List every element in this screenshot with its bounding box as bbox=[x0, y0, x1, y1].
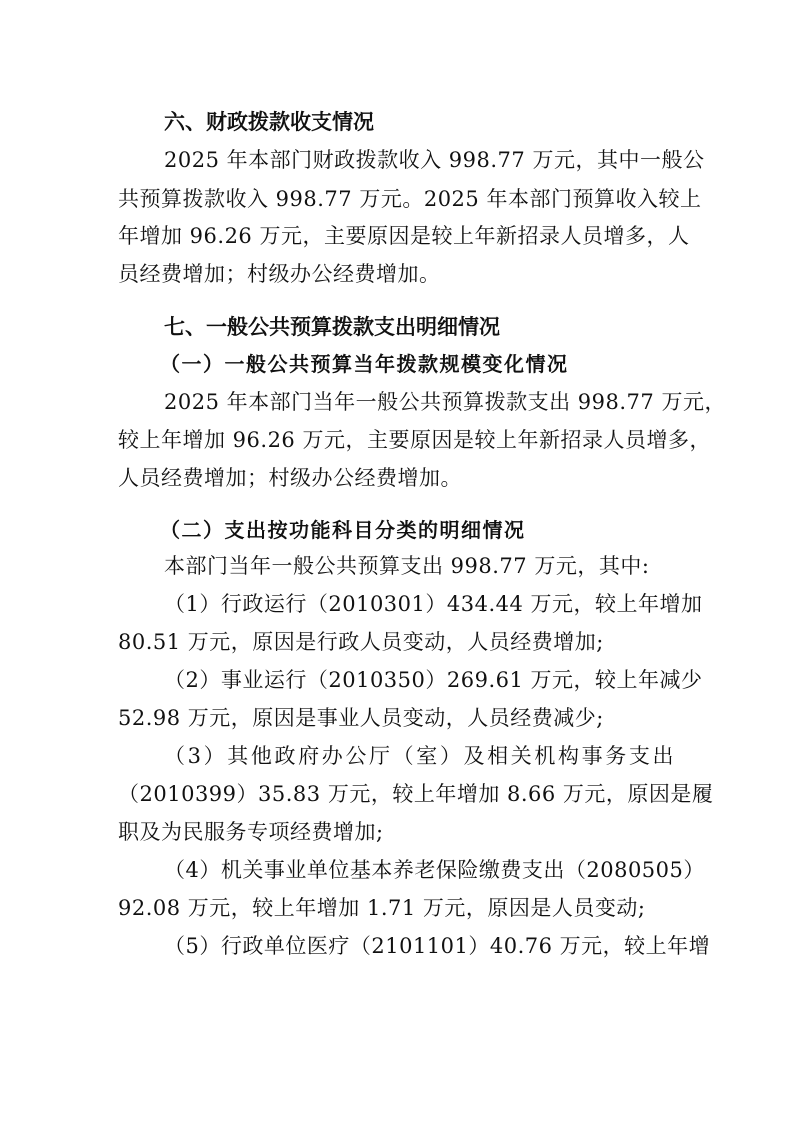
paragraph-line: 共预算拨款收入 998.77 万元。2025 年本部门预算收入较上 bbox=[118, 184, 674, 214]
item-3-line: （2010399）35.83 万元，较上年增加 8.66 万元，原因是履 bbox=[118, 779, 674, 809]
item-2-line: 52.98 万元，原因是事业人员变动，人员经费减少; bbox=[118, 703, 674, 733]
item-5-line: （5）行政单位医疗（2101101）40.76 万元，较上年增 bbox=[164, 931, 674, 961]
item-4-line: 92.08 万元，较上年增加 1.71 万元，原因是人员变动; bbox=[118, 893, 674, 923]
item-4-line: （4）机关事业单位基本养老保险缴费支出（2080505） bbox=[164, 855, 674, 885]
paragraph-line: 年增加 96.26 万元，主要原因是较上年新招录人员增多，人 bbox=[118, 221, 674, 251]
subsection-heading-1: （一）一般公共预算当年拨款规模变化情况 bbox=[160, 349, 674, 379]
item-1-line: 80.51 万元，原因是行政人员变动，人员经费增加; bbox=[118, 627, 674, 657]
item-3-line: （3）其他政府办公厅（室）及相关机构事务支出 bbox=[164, 741, 674, 771]
item-3-line: 职及为民服务专项经费增加; bbox=[118, 817, 674, 847]
section-heading-6: 六、财政拨款收支情况 bbox=[164, 107, 674, 137]
paragraph-line: 人员经费增加；村级办公经费增加。 bbox=[118, 463, 674, 493]
paragraph-line: 2025 年本部门当年一般公共预算拨款支出 998.77 万元， bbox=[164, 387, 674, 417]
subsection-heading-2: （二）支出按功能科目分类的明细情况 bbox=[160, 515, 674, 545]
item-2-line: （2）事业运行（2010350）269.61 万元，较上年减少 bbox=[164, 665, 674, 695]
paragraph-line: 本部门当年一般公共预算支出 998.77 万元，其中: bbox=[164, 551, 674, 581]
item-1-line: （1）行政运行（2010301）434.44 万元，较上年增加 bbox=[164, 589, 674, 619]
paragraph-line: 员经费增加；村级办公经费增加。 bbox=[118, 259, 674, 289]
section-heading-7: 七、一般公共预算拨款支出明细情况 bbox=[164, 312, 674, 342]
paragraph-line: 较上年增加 96.26 万元，主要原因是较上年新招录人员增多， bbox=[118, 425, 674, 455]
document-page: 六、财政拨款收支情况 2025 年本部门财政拨款收入 998.77 万元，其中一… bbox=[0, 0, 793, 1122]
paragraph-line: 2025 年本部门财政拨款收入 998.77 万元，其中一般公 bbox=[164, 145, 674, 175]
